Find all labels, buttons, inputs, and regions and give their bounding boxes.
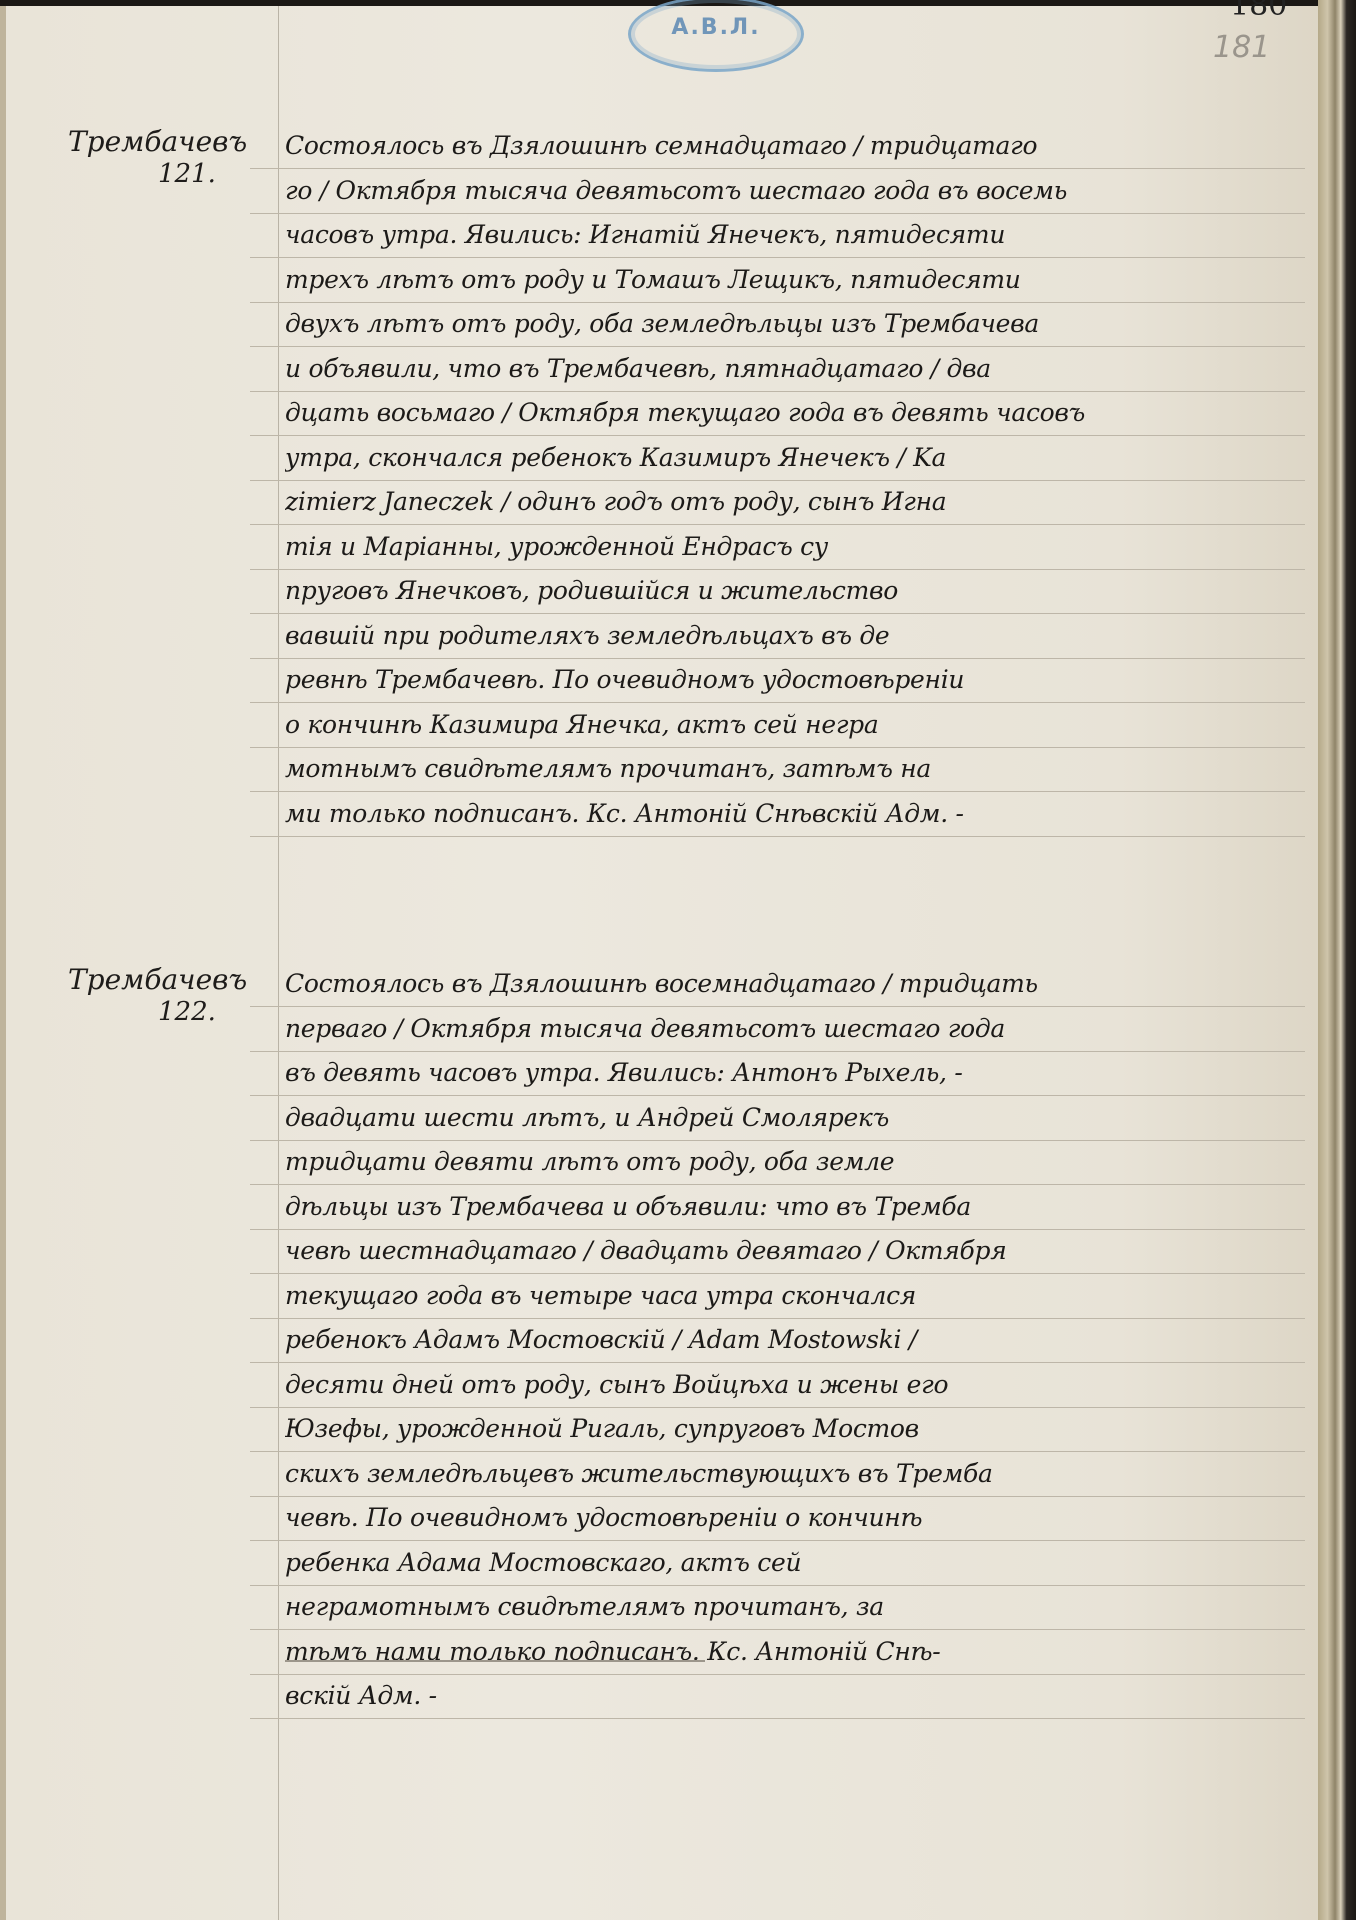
entry-line: утра, скончался ребенокъ Казимиръ Янечек…: [285, 436, 1315, 481]
entry-line: ребенка Адама Мостовскаго, актъ сей: [285, 1541, 1315, 1586]
book-spine: [1318, 0, 1356, 1920]
entry-village: Трембачевъ: [68, 963, 247, 996]
entry-line: перваго / Октября тысяча девятьсотъ шест…: [285, 1007, 1315, 1052]
entry-line: тія и Маріанны, урожденной Ендрасъ су: [285, 525, 1315, 570]
entry-line: часовъ утра. Явились: Игнатій Янечекъ, п…: [285, 213, 1315, 258]
entry-line: пруговъ Янечковъ, родившійся и жительств…: [285, 569, 1315, 614]
page-left-edge: [0, 6, 6, 1920]
entry-line: Состоялось въ Дзялошинѣ восемнадцатаго /…: [285, 962, 1315, 1007]
entry-line: въ девять часовъ утра. Явились: Антонъ Р…: [285, 1051, 1315, 1096]
entry-line: текущаго года въ четыре часа утра сконча…: [285, 1274, 1315, 1319]
page-number-pencil: 181: [1213, 30, 1270, 65]
entry-line: о кончинѣ Казимира Янечка, актъ сей негр…: [285, 703, 1315, 748]
entry-end-rule: [285, 1660, 705, 1662]
entry-line: тѣмъ нами только подписанъ. Кс. Антоній …: [285, 1630, 1315, 1675]
entry-line: вавшій при родителяхъ земледѣльцахъ въ д…: [285, 614, 1315, 659]
record-entry-122: Состоялось въ Дзялошинѣ восемнадцатаго /…: [285, 962, 1315, 1719]
entry-line: zimierz Janeczek / одинъ годъ отъ роду, …: [285, 480, 1315, 525]
entry-number: 122.: [68, 996, 268, 1028]
entry-line: ребенокъ Адамъ Мостовскій / Adam Mostows…: [285, 1318, 1315, 1363]
entry-line: и объявили, что въ Трембачевѣ, пятнадцат…: [285, 347, 1315, 392]
page-number-ink: 180: [1230, 0, 1287, 23]
record-entry-121: Состоялось въ Дзялошинѣ семнадцатаго / т…: [285, 124, 1315, 836]
entry-line: чевѣ шестнадцатаго / двадцать девятаго /…: [285, 1229, 1315, 1274]
entry-line: скихъ земледѣльцевъ жительствующихъ въ Т…: [285, 1452, 1315, 1497]
entry-line: вскій Адм. -: [285, 1674, 1315, 1719]
entry-line: дцать восьмаго / Октября текущаго года в…: [285, 391, 1315, 436]
archive-stamp: А.В.Л.: [628, 0, 804, 72]
entry-line: тридцати девяти лѣтъ отъ роду, оба земле: [285, 1140, 1315, 1185]
entry-number: 121.: [68, 158, 268, 190]
entry-margin-label: Трембачевъ 122.: [68, 964, 268, 1028]
entry-line: двадцати шести лѣтъ, и Андрей Смолярекъ: [285, 1096, 1315, 1141]
entry-village: Трембачевъ: [68, 125, 247, 158]
margin-rule: [278, 6, 279, 1920]
entry-line: Состоялось въ Дзялошинѣ семнадцатаго / т…: [285, 124, 1315, 169]
entry-margin-label: Трембачевъ 121.: [68, 126, 268, 190]
entry-line: Юзефы, урожденной Ригаль, супруговъ Мост…: [285, 1407, 1315, 1452]
entry-line: ревнѣ Трембачевѣ. По очевидномъ удостовѣ…: [285, 658, 1315, 703]
entry-line: мотнымъ свидѣтелямъ прочитанъ, затѣмъ на: [285, 747, 1315, 792]
entry-line: неграмотнымъ свидѣтелямъ прочитанъ, за: [285, 1585, 1315, 1630]
entry-line: дѣльцы изъ Трембачева и объявили: что въ…: [285, 1185, 1315, 1230]
entry-line: десяти дней отъ роду, сынъ Войцѣха и жен…: [285, 1363, 1315, 1408]
entry-line: го / Октября тысяча девятьсотъ шестаго г…: [285, 169, 1315, 214]
entry-line: трехъ лѣтъ отъ роду и Томашъ Лещикъ, пят…: [285, 258, 1315, 303]
entry-line: ми только подписанъ. Кс. Антоній Снѣвскі…: [285, 792, 1315, 837]
entry-line: двухъ лѣтъ отъ роду, оба земледѣльцы изъ…: [285, 302, 1315, 347]
entry-line: чевѣ. По очевидномъ удостовѣреніи о конч…: [285, 1496, 1315, 1541]
register-page: А.В.Л. 180 181 Трембачевъ 121. Состоялос…: [0, 6, 1318, 1920]
